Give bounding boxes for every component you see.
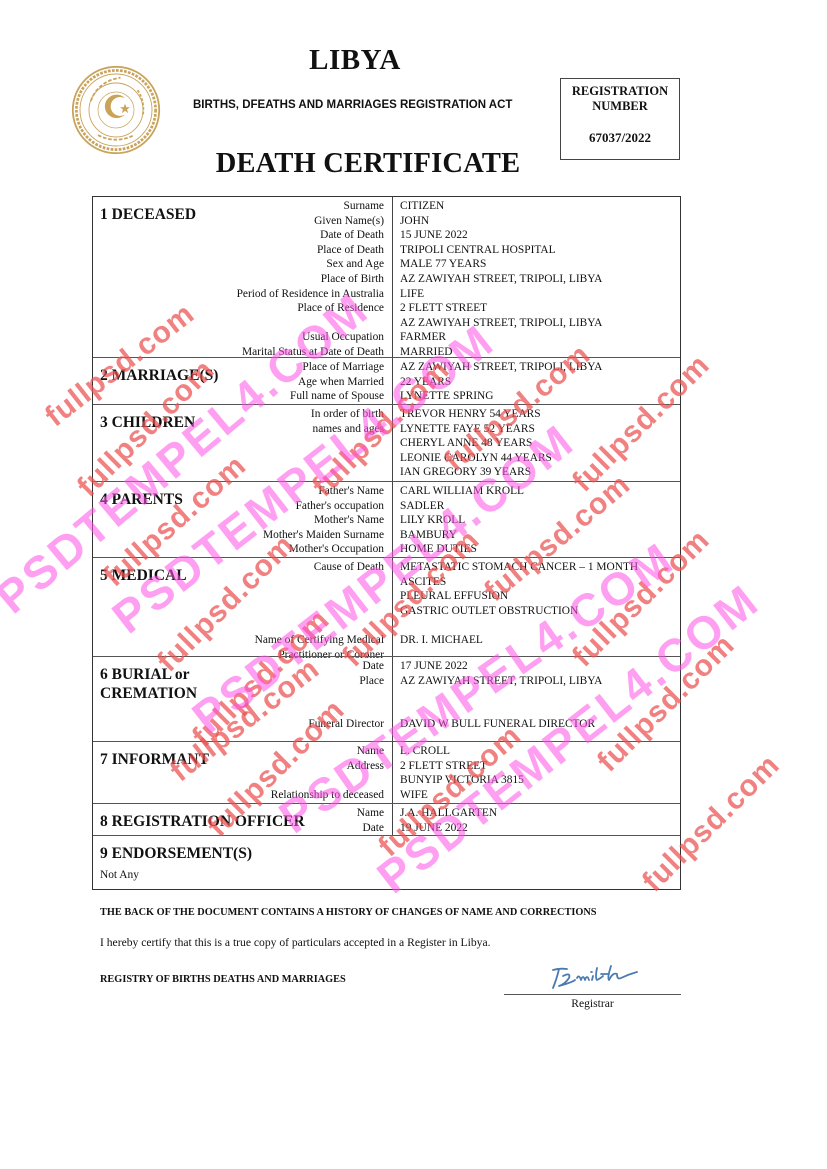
section-title: 3 CHILDREN <box>100 413 195 432</box>
section-children: 3 CHILDRENIn order of birthnames and age… <box>93 404 680 482</box>
field-value: GASTRIC OUTLET OBSTRUCTION <box>400 604 638 619</box>
field-label <box>255 618 384 633</box>
field-value: AZ ZAWIYAH STREET, TRIPOLI, LIBYA <box>400 360 602 375</box>
field-value: DR. I. MICHAEL <box>400 633 638 648</box>
field-value: 22 YEARS <box>400 375 602 390</box>
field-value: CITIZEN <box>400 199 602 214</box>
registrar-signature-icon <box>545 964 645 992</box>
registration-number-box: REGISTRATION NUMBER 67037/2022 <box>560 78 680 160</box>
column-divider <box>392 657 393 742</box>
field-label: Date <box>308 659 384 674</box>
registration-number: 67037/2022 <box>561 130 679 146</box>
field-values: METASTATIC STOMACH CANCER – 1 MONTHASCIT… <box>400 560 638 662</box>
field-label: Place <box>308 674 384 689</box>
registrar-label: Registrar <box>504 997 681 1010</box>
field-label: Mother's Occupation <box>263 542 384 557</box>
field-label: Date of Death <box>237 228 384 243</box>
field-value <box>400 618 638 633</box>
field-label: In order of birth <box>311 407 384 422</box>
field-value: AZ ZAWIYAH STREET, TRIPOLI, LIBYA <box>400 272 602 287</box>
section-registration-officer: 8 REGISTRATION OFFICERNameDateJ.A. HALLG… <box>93 803 680 836</box>
field-label: Place of Death <box>237 243 384 258</box>
section-parents: 4 PARENTSFather's NameFather's occupatio… <box>93 481 680 558</box>
field-label: Father's occupation <box>263 499 384 514</box>
field-values: 17 JUNE 2022AZ ZAWIYAH STREET, TRIPOLI, … <box>400 659 602 732</box>
field-value: LYNETTE FAYE 52 YEARS <box>400 422 552 437</box>
registration-label-line1: REGISTRATION <box>561 84 679 99</box>
field-label <box>255 604 384 619</box>
field-labels: Father's NameFather's occupationMother's… <box>263 484 384 557</box>
field-value: CHERYL ANNE 48 YEARS <box>400 436 552 451</box>
field-label: Age when Married <box>290 375 384 390</box>
registration-number-label: REGISTRATION NUMBER <box>561 84 679 114</box>
field-value: LYNETTE SPRING <box>400 389 602 404</box>
field-values: TREVOR HENRY 54 YEARSLYNETTE FAYE 52 YEA… <box>400 407 552 480</box>
field-value: JOHN <box>400 214 602 229</box>
field-value: CARL WILLIAM KROLL <box>400 484 524 499</box>
field-value: 2 FLETT STREET <box>400 759 524 774</box>
field-value <box>400 688 602 703</box>
section-informant: 7 INFORMANTNameAddressRelationship to de… <box>93 741 680 804</box>
field-value: DAVID W BULL FUNERAL DIRECTOR <box>400 717 602 732</box>
section-title-line: CREMATION <box>100 684 197 703</box>
field-value: AZ ZAWIYAH STREET, TRIPOLI, LIBYA <box>400 316 602 331</box>
field-values: CARL WILLIAM KROLLSADLERLILY KROLLBAMBUR… <box>400 484 524 557</box>
field-label: Name of Certifying Medical <box>255 633 384 648</box>
section-title: 4 PARENTS <box>100 490 183 509</box>
field-value: 15 JUNE 2022 <box>400 228 602 243</box>
field-label <box>255 575 384 590</box>
column-divider <box>392 405 393 482</box>
field-label: Mother's Maiden Surname <box>263 528 384 543</box>
registration-label-line2: NUMBER <box>561 99 679 114</box>
field-value: MALE 77 YEARS <box>400 257 602 272</box>
field-value <box>400 703 602 718</box>
field-label <box>308 688 384 703</box>
field-labels: NameDate <box>357 806 384 835</box>
field-label: Funeral Director <box>308 717 384 732</box>
field-label <box>255 589 384 604</box>
column-divider <box>392 358 393 405</box>
field-label: Given Name(s) <box>237 214 384 229</box>
section-title: 7 INFORMANT <box>100 750 209 769</box>
field-value: FARMER <box>400 330 602 345</box>
field-label: Period of Residence in Australia <box>237 287 384 302</box>
section-endorsements: 9 ENDORSEMENT(S)Not Any <box>93 835 680 889</box>
field-value: LIFE <box>400 287 602 302</box>
signature-line <box>504 994 681 995</box>
field-label: Place of Residence <box>237 301 384 316</box>
libya-seal-icon <box>71 65 161 155</box>
field-label: Mother's Name <box>263 513 384 528</box>
field-values: CITIZENJOHN15 JUNE 2022TRIPOLI CENTRAL H… <box>400 199 602 360</box>
field-label: Address <box>271 759 384 774</box>
field-labels: NameAddressRelationship to deceased <box>271 744 384 802</box>
section-deceased: 1 DECEASEDSurnameGiven Name(s)Date of De… <box>93 197 680 357</box>
field-values: J.A. HALLGARTEN19 JUNE 2022 <box>400 806 497 835</box>
field-label: Place of Birth <box>237 272 384 287</box>
endorsement-note: Not Any <box>100 869 139 881</box>
field-label: Cause of Death <box>255 560 384 575</box>
field-value: AZ ZAWIYAH STREET, TRIPOLI, LIBYA <box>400 674 602 689</box>
field-label: Place of Marriage <box>290 360 384 375</box>
field-value: LILY KROLL <box>400 513 524 528</box>
section-title: 6 BURIAL orCREMATION <box>100 665 197 703</box>
certificate-table: 1 DECEASEDSurnameGiven Name(s)Date of De… <box>92 196 681 890</box>
field-label: Full name of Spouse <box>290 389 384 404</box>
field-value: TRIPOLI CENTRAL HOSPITAL <box>400 243 602 258</box>
section-title: 8 REGISTRATION OFFICER <box>100 812 305 831</box>
field-label: Father's Name <box>263 484 384 499</box>
field-value: PLEURAL EFFUSION <box>400 589 638 604</box>
field-labels: DatePlaceFuneral Director <box>308 659 384 732</box>
column-divider <box>392 558 393 657</box>
section-title: 2 MARRIAGE(S) <box>100 366 218 385</box>
field-labels: Place of MarriageAge when MarriedFull na… <box>290 360 384 404</box>
field-value: WIFE <box>400 788 524 803</box>
country-heading: LIBYA <box>0 44 710 77</box>
field-label: Sex and Age <box>237 257 384 272</box>
field-label: Name <box>357 806 384 821</box>
field-value: HOME DUTIES <box>400 542 524 557</box>
field-label: Relationship to deceased <box>271 788 384 803</box>
field-value: J.A. HALLGARTEN <box>400 806 497 821</box>
registration-act: BIRTHS, DFEATHS AND MARRIAGES REGISTRATI… <box>193 99 512 111</box>
field-label: Surname <box>237 199 384 214</box>
field-label <box>237 316 384 331</box>
field-value: LEONIE CAROLYN 44 YEARS <box>400 451 552 466</box>
section-title: 1 DECEASED <box>100 205 196 224</box>
field-values: AZ ZAWIYAH STREET, TRIPOLI, LIBYA22 YEAR… <box>400 360 602 404</box>
section-marriages: 2 MARRIAGE(S)Place of MarriageAge when M… <box>93 357 680 405</box>
field-value: METASTATIC STOMACH CANCER – 1 MONTH <box>400 560 638 575</box>
field-labels: SurnameGiven Name(s)Date of DeathPlace o… <box>237 199 384 360</box>
field-value: L. CROLL <box>400 744 524 759</box>
field-label: Name <box>271 744 384 759</box>
field-label: names and ages <box>311 422 384 437</box>
column-divider <box>392 804 393 836</box>
field-value: 19 JUNE 2022 <box>400 821 497 836</box>
field-value: IAN GREGORY 39 YEARS <box>400 465 552 480</box>
field-value: BUNYIP VICTORIA 3815 <box>400 773 524 788</box>
field-label: Date <box>357 821 384 836</box>
column-divider <box>392 742 393 804</box>
section-title: 9 ENDORSEMENT(S) <box>100 844 252 863</box>
field-value: 2 FLETT STREET <box>400 301 602 316</box>
field-label <box>308 703 384 718</box>
field-value: 17 JUNE 2022 <box>400 659 602 674</box>
field-labels: Cause of DeathName of Certifying Medical… <box>255 560 384 662</box>
registry-name: REGISTRY OF BIRTHS DEATHS AND MARRIAGES <box>100 974 346 985</box>
field-label: Usual Occupation <box>237 330 384 345</box>
field-labels: In order of birthnames and ages <box>311 407 384 436</box>
field-value: TREVOR HENRY 54 YEARS <box>400 407 552 422</box>
section-medical: 5 MEDICALCause of DeathName of Certifyin… <box>93 557 680 657</box>
field-value: ASCITES <box>400 575 638 590</box>
field-value: BAMBURY <box>400 528 524 543</box>
field-value: SADLER <box>400 499 524 514</box>
column-divider <box>392 482 393 558</box>
section-title: 5 MEDICAL <box>100 566 187 585</box>
section-title-line: 6 BURIAL or <box>100 665 197 684</box>
certification-statement: I hereby certify that this is a true cop… <box>100 936 491 949</box>
back-notice: THE BACK OF THE DOCUMENT CONTAINS A HIST… <box>100 907 597 918</box>
section-burial: 6 BURIAL orCREMATIONDatePlaceFuneral Dir… <box>93 656 680 742</box>
column-divider <box>392 197 393 357</box>
field-label <box>271 773 384 788</box>
field-values: L. CROLL2 FLETT STREETBUNYIP VICTORIA 38… <box>400 744 524 802</box>
